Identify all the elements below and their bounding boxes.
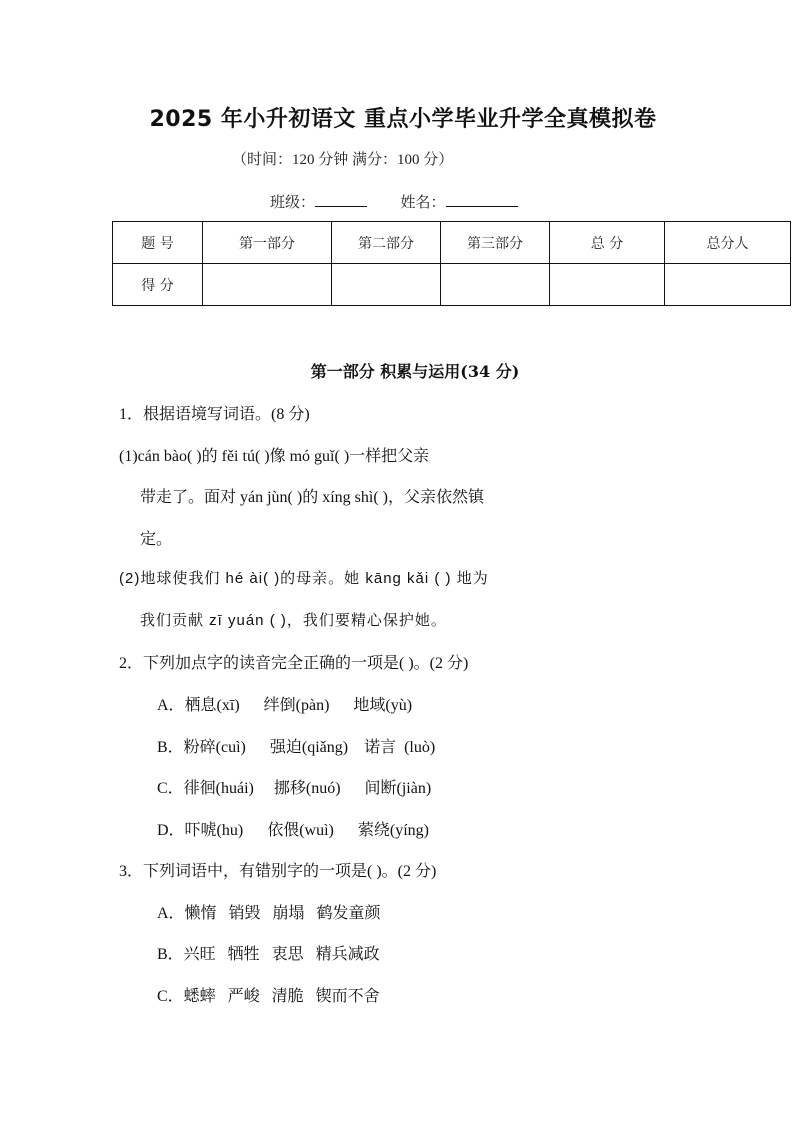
class-blank[interactable] [315, 190, 367, 207]
score-table: 题 号 第一部分 第二部分 第三部分 总 分 总分人 得 分 [112, 221, 791, 306]
cell-score-label: 得 分 [113, 264, 203, 306]
question-3-option-a[interactable]: A．懒惰 销毁 崩塌 鹤发童颜 [157, 900, 381, 923]
student-info-line: 班级： 姓名： [270, 190, 518, 212]
exam-title: 2025 年小升初语文 重点小学毕业升学全真模拟卷 [0, 102, 793, 133]
question-3-option-b[interactable]: B．兴旺 牺牲 衷思 精兵减政 [157, 941, 380, 964]
question-2-option-d[interactable]: D．吓唬(hu) 依偎(wuì) 萦绕(yíng) [157, 817, 429, 840]
question-1-stem: 1．根据语境写词语。(8 分) [119, 401, 310, 424]
cell-part2: 第二部分 [332, 222, 441, 264]
exam-time-and-score: （时间：120 分钟 满分：100 分） [232, 148, 453, 169]
question-2-option-a[interactable]: A．栖息(xī) 绊倒(pàn) 地域(yù) [157, 692, 412, 715]
question-2-option-b[interactable]: B．粉碎(cuì) 强迫(qiǎng) 诺言 (luò) [157, 734, 435, 757]
cell-score-grader[interactable] [665, 264, 791, 306]
cell-part1: 第一部分 [203, 222, 332, 264]
section-title: 第一部分 积累与运用(34 分) [0, 359, 793, 382]
question-2-option-c[interactable]: C．徘徊(huái) 挪移(nuó) 间断(jiàn) [157, 775, 431, 798]
score-table-header-row: 题 号 第一部分 第二部分 第三部分 总 分 总分人 [113, 222, 791, 264]
question-1-part1-line1: (1)cán bào( )的 fěi tú( )像 mó guǐ( )一样把父亲 [119, 443, 429, 466]
name-blank[interactable] [446, 190, 518, 207]
question-1-part1-line2: 带走了。面对 yán jùn( )的 xíng shì( )，父亲依然镇 [140, 484, 484, 507]
question-3-option-c[interactable]: C．蟋蟀 严峻 清脆 锲而不舍 [157, 983, 380, 1006]
question-2-stem: 2．下列加点字的读音完全正确的一项是( )。(2 分) [119, 650, 468, 673]
name-label: 姓名： [401, 195, 446, 211]
question-1-part1-line3: 定。 [140, 526, 172, 549]
cell-part3: 第三部分 [441, 222, 550, 264]
class-label: 班级： [270, 195, 315, 211]
cell-score-part3[interactable] [441, 264, 550, 306]
question-1-part2-line1: (2)地球使我们 hé ài( )的母亲。她 kāng kǎi ( ) 地为 [119, 567, 489, 588]
cell-score-part2[interactable] [332, 264, 441, 306]
cell-total: 总 分 [550, 222, 665, 264]
cell-question-number: 题 号 [113, 222, 203, 264]
cell-score-part1[interactable] [203, 264, 332, 306]
question-3-stem: 3．下列词语中，有错别字的一项是( )。(2 分) [119, 858, 436, 881]
cell-grader: 总分人 [665, 222, 791, 264]
cell-score-total[interactable] [550, 264, 665, 306]
score-table-score-row: 得 分 [113, 264, 791, 306]
question-1-part2-line2: 我们贡献 zī yuán ( )，我们要精心保护她。 [140, 609, 447, 630]
